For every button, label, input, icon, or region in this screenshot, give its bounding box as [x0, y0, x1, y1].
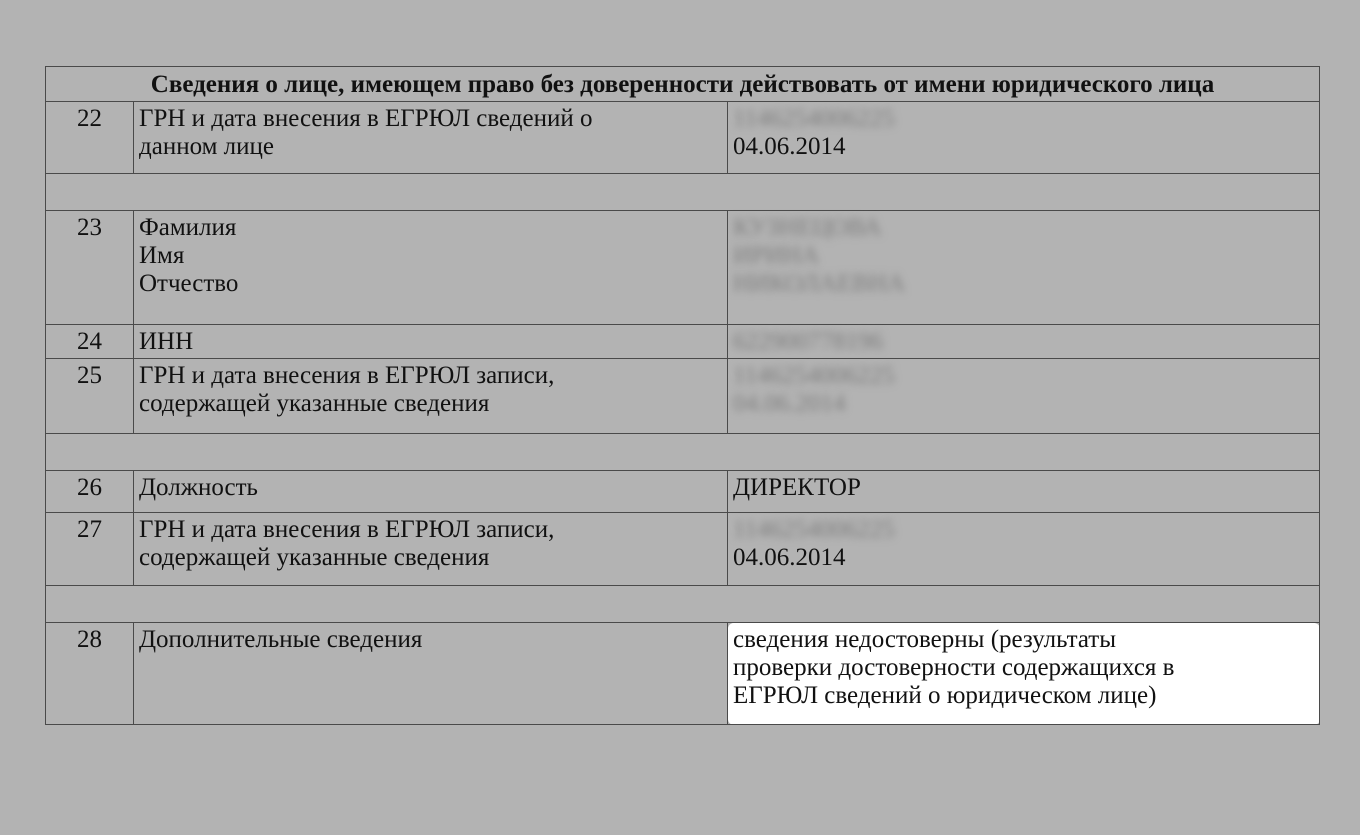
table-row: 25 ГРН и дата внесения в ЕГРЮЛ записи, с…: [46, 359, 1320, 434]
entry-date: 04.06.2014: [733, 133, 1314, 161]
redacted-date: 04.06.2014: [733, 390, 846, 418]
label-first-name: Имя: [139, 242, 722, 270]
egrul-extract-table: Сведения о лице, имеющем право без довер…: [45, 66, 1320, 725]
highlighted-additional-info: сведения недостоверны (результаты провер…: [728, 623, 1320, 725]
row-label: ГРН и дата внесения в ЕГРЮЛ записи, соде…: [134, 359, 728, 434]
spacer-row: [46, 586, 1320, 623]
spacer-row: [46, 434, 1320, 471]
row-value: 622900778196: [728, 325, 1320, 359]
row-number: 23: [46, 211, 134, 325]
redacted-surname: КУЗНЕЦОВА: [733, 214, 881, 242]
table-row: 24 ИНН 622900778196: [46, 325, 1320, 359]
section-title: Сведения о лице, имеющем право без довер…: [46, 67, 1320, 102]
redacted-patronymic: НИКОЛАЕВНА: [733, 270, 905, 298]
redacted-first-name: ИРИНА: [733, 242, 819, 270]
row-number: 28: [46, 623, 134, 725]
label-patronymic: Отчество: [139, 270, 722, 298]
table-row: 28 Дополнительные сведения сведения недо…: [46, 623, 1320, 725]
row-number: 22: [46, 102, 134, 174]
row-value: 1146254006225 04.06.2014: [728, 513, 1320, 586]
table-row: 22 ГРН и дата внесения в ЕГРЮЛ сведений …: [46, 102, 1320, 174]
redacted-grn: 1146254006225: [733, 362, 895, 390]
redacted-inn: 622900778196: [733, 328, 883, 356]
row-number: 25: [46, 359, 134, 434]
label-surname: Фамилия: [139, 214, 722, 242]
redacted-grn: 1146254006225: [733, 105, 895, 133]
row-value: 1146254006225 04.06.2014: [728, 102, 1320, 174]
table-row: 23 Фамилия Имя Отчество КУЗНЕЦОВА ИРИНА …: [46, 211, 1320, 325]
row-number: 27: [46, 513, 134, 586]
section-header-row: Сведения о лице, имеющем право без довер…: [46, 67, 1320, 102]
redacted-grn: 1146254006225: [733, 516, 895, 544]
row-number: 26: [46, 471, 134, 513]
row-label: ГРН и дата внесения в ЕГРЮЛ записи, соде…: [134, 513, 728, 586]
row-label: Дополнительные сведения: [134, 623, 728, 725]
row-label: Должность: [134, 471, 728, 513]
entry-date: 04.06.2014: [733, 544, 1314, 572]
row-label: ГРН и дата внесения в ЕГРЮЛ сведений о д…: [134, 102, 728, 174]
row-label: ИНН: [134, 325, 728, 359]
row-number: 24: [46, 325, 134, 359]
table-row: 27 ГРН и дата внесения в ЕГРЮЛ записи, с…: [46, 513, 1320, 586]
table-row: 26 Должность ДИРЕКТОР: [46, 471, 1320, 513]
spacer-row: [46, 174, 1320, 211]
row-value: 1146254006225 04.06.2014: [728, 359, 1320, 434]
row-label: Фамилия Имя Отчество: [134, 211, 728, 325]
position-value: ДИРЕКТОР: [728, 471, 1320, 513]
row-value: КУЗНЕЦОВА ИРИНА НИКОЛАЕВНА: [728, 211, 1320, 325]
